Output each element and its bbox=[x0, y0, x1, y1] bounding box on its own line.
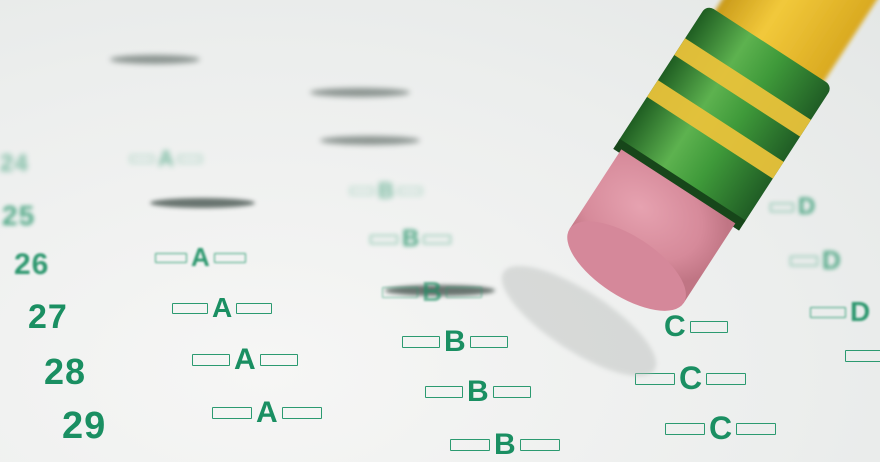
bubble-29-b[interactable]: B bbox=[425, 375, 531, 409]
pencil-mark bbox=[150, 198, 255, 208]
pencil-mark bbox=[110, 55, 200, 64]
bubble-30-b[interactable]: B bbox=[450, 428, 560, 462]
question-number-26: 26 bbox=[14, 248, 49, 282]
bubble-29-c[interactable]: C bbox=[635, 360, 746, 397]
bubble-28-c[interactable]: C bbox=[660, 310, 728, 344]
pencil-mark bbox=[310, 88, 410, 97]
bubble-25-b[interactable]: B bbox=[370, 225, 451, 253]
bubble-25-d[interactable]: D bbox=[770, 193, 819, 221]
question-number-24: 24 bbox=[0, 150, 29, 178]
bubble-26-a[interactable]: A bbox=[155, 242, 246, 273]
bubble-26-d[interactable]: D bbox=[790, 245, 845, 276]
pencil-mark bbox=[320, 136, 420, 145]
question-number-25: 25 bbox=[2, 200, 35, 232]
bubble-28-a[interactable]: A bbox=[192, 343, 298, 377]
question-number-27: 27 bbox=[28, 298, 68, 337]
bubble-24-b[interactable]: B bbox=[350, 178, 422, 204]
bubble-27-d[interactable]: D bbox=[810, 296, 874, 328]
question-number-28: 28 bbox=[44, 351, 86, 393]
question-number-29: 29 bbox=[62, 405, 106, 448]
bubble-27-a[interactable]: A bbox=[172, 292, 272, 324]
bubble-27-b-filled[interactable]: B bbox=[382, 276, 482, 308]
bubble-29-a[interactable]: A bbox=[212, 396, 322, 430]
bubble-28-b[interactable]: B bbox=[402, 325, 508, 359]
bubble-24-a[interactable]: A bbox=[130, 146, 202, 172]
bubble-28-d[interactable] bbox=[845, 350, 880, 362]
bubble-30-c[interactable]: C bbox=[665, 410, 776, 447]
answer-sheet-photo: 24 A B 25 B D 26 A D 27 A B D 28 A B C bbox=[0, 0, 880, 462]
